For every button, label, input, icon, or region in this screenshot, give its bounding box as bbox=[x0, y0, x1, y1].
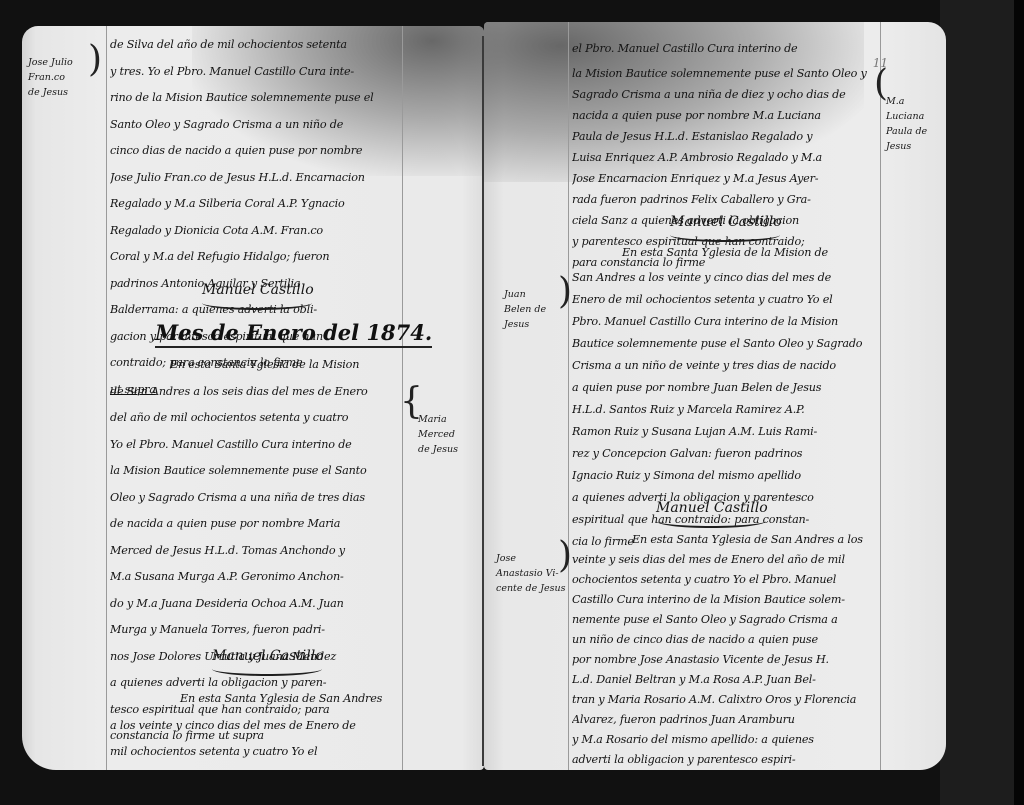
text-line: y M.a Rosario del mismo apellido: a quie… bbox=[572, 730, 878, 750]
text-line: rino de la Mision Bautice solemnemente p… bbox=[110, 85, 402, 112]
brace-icon: { bbox=[400, 380, 423, 424]
margin-note: Jose Anastasio Vi- cente de Jesus ) bbox=[496, 536, 568, 611]
entry-text: En esta Santa Yglesia de San Andres a lo… bbox=[572, 530, 878, 770]
text-line: cinco dias de nacido a quien puse por no… bbox=[110, 138, 402, 165]
brace-icon: ) bbox=[558, 534, 572, 578]
margin-rule bbox=[880, 22, 881, 770]
signature-flourish bbox=[656, 514, 766, 528]
text-line: rada fueron padrinos Felix Caballero y G… bbox=[572, 189, 878, 210]
text-line: Coral y M.a del Refugio Hidalgo; fueron bbox=[110, 244, 402, 271]
text-line: Alvarez, fueron padrinos Juan Aramburu bbox=[572, 710, 878, 730]
text-line: H.L.d. Santos Ruiz y Marcela Ramirez A.P… bbox=[572, 399, 878, 421]
text-line: del año de mil ochocientos setenta y cua… bbox=[110, 405, 402, 432]
scanner-edge bbox=[1014, 0, 1024, 805]
text-line: nemente puse el Santo Oleo y Sagrado Cri… bbox=[572, 610, 878, 630]
text-line: adverti la obligacion y parentesco espir… bbox=[572, 750, 878, 770]
brace-icon: ( bbox=[874, 62, 888, 106]
month-heading: Mes de Enero del 1874. bbox=[155, 320, 432, 348]
margin-note-text: Jose Anastasio Vi- cente de Jesus bbox=[496, 553, 566, 594]
text-line: En esta Santa Yglesia de la Mision de bbox=[572, 240, 878, 267]
text-line: Murga y Manuela Torres, fueron padri- bbox=[110, 617, 402, 644]
signature: Manuel Castillo bbox=[212, 648, 324, 676]
margin-note: Juan Belen de Jesus ) bbox=[504, 272, 566, 347]
signature-text: Manuel Castillo bbox=[212, 648, 324, 664]
text-line: Luisa Enriquez A.P. Ambrosio Regalado y … bbox=[572, 147, 878, 168]
margin-note-text: Jose Julio Fran.co de Jesus bbox=[28, 57, 73, 98]
text-line: Enero de mil ochocientos setenta y cuatr… bbox=[572, 289, 878, 311]
text-line: San Andres a los veinte y cinco dias del… bbox=[572, 267, 878, 289]
text-line: Merced de Jesus H.L.d. Tomas Anchondo y bbox=[110, 538, 402, 565]
text-line: En esta Santa Yglesia de la Mision bbox=[110, 352, 402, 379]
text-line: Bautice solemnemente puse el Santo Oleo … bbox=[572, 333, 878, 355]
text-line: la Mision Bautice solemnemente puse el S… bbox=[572, 63, 878, 84]
text-line: de San Andres a los seis dias del mes de… bbox=[110, 379, 402, 406]
text-line: Jose Encarnacion Enriquez y M.a Jesus Ay… bbox=[572, 168, 878, 189]
text-line: veinte y seis dias del mes de Enero del … bbox=[572, 550, 878, 570]
brace-icon: ) bbox=[88, 38, 102, 82]
text-line: ochocientos setenta y cuatro Yo el Pbro.… bbox=[572, 570, 878, 590]
text-line: a quien puse por nombre Juan Belen de Je… bbox=[572, 377, 878, 399]
text-line: Pbro. Manuel Castillo Cura interino de l… bbox=[572, 311, 878, 333]
margin-note-text: M.a Luciana Paula de Jesus bbox=[882, 94, 944, 154]
text-line: Oleo y Sagrado Crisma a una niña de tres… bbox=[110, 485, 402, 512]
text-line: mil ochocientos setenta y cuatro Yo el bbox=[110, 739, 402, 766]
text-line: la Mision Bautice solemnemente puse el S… bbox=[110, 458, 402, 485]
entry-text: En esta Santa Yglesia de San Andres a lo… bbox=[110, 686, 402, 766]
text-line: M.a Susana Murga A.P. Geronimo Anchon- bbox=[110, 564, 402, 591]
margin-rule bbox=[106, 26, 107, 770]
text-line: L.d. Daniel Beltran y M.a Rosa A.P. Juan… bbox=[572, 670, 878, 690]
text-line: Regalado y Dionicia Cota A.M. Fran.co bbox=[110, 218, 402, 245]
text-line: de Silva del año de mil ochocientos sete… bbox=[110, 32, 402, 59]
text-line: un niño de cinco dias de nacido a quien … bbox=[572, 630, 878, 650]
margin-note-text: Juan Belen de Jesus bbox=[504, 289, 546, 330]
right-page: 11 el Pbro. Manuel Castillo Cura interin… bbox=[484, 22, 946, 770]
text-line: Sagrado Crisma a una niña de diez y ocho… bbox=[572, 84, 878, 105]
text-line: Ramon Ruiz y Susana Lujan A.M. Luis Rami… bbox=[572, 421, 878, 443]
signature-flourish bbox=[212, 662, 322, 676]
signature-text: Manuel Castillo bbox=[656, 500, 768, 516]
text-line: Jose Julio Fran.co de Jesus H.L.d. Encar… bbox=[110, 165, 402, 192]
text-line: En esta Santa Yglesia de San Andres bbox=[110, 686, 402, 713]
text-line: de nacida a quien puse por nombre Maria bbox=[110, 511, 402, 538]
text-line: rez y Concepcion Galvan: fueron padrinos bbox=[572, 443, 878, 465]
signature: Manuel Castillo bbox=[656, 500, 768, 528]
text-line: por nombre Jose Anastasio Vicente de Jes… bbox=[572, 650, 878, 670]
brace-icon: ) bbox=[558, 270, 572, 314]
text-line: Santo Oleo y Sagrado Crisma a un niño de bbox=[110, 112, 402, 139]
signature-text: Manuel Castillo bbox=[670, 214, 782, 230]
text-line: nacida a quien puse por nombre M.a Lucia… bbox=[572, 105, 878, 126]
margin-rule bbox=[568, 22, 569, 770]
text-line: Paula de Jesus H.L.d. Estanislao Regalad… bbox=[572, 126, 878, 147]
signature-flourish bbox=[202, 296, 312, 310]
text-line: Castillo Cura interino de la Mision Baut… bbox=[572, 590, 878, 610]
text-line: Crisma a un niño de veinte y tres dias d… bbox=[572, 355, 878, 377]
text-line: do y M.a Juana Desideria Ochoa A.M. Juan bbox=[110, 591, 402, 618]
margin-note: ( M.a Luciana Paula de Jesus bbox=[882, 64, 944, 169]
text-line: y tres. Yo el Pbro. Manuel Castillo Cura… bbox=[110, 59, 402, 86]
text-line: el Pbro. Manuel Castillo Cura interino d… bbox=[572, 36, 878, 63]
text-line: a los veinte y cinco dias del mes de Ene… bbox=[110, 713, 402, 740]
signature: Manuel Castillo bbox=[670, 214, 782, 242]
left-page: Jose Julio Fran.co de Jesus ) de Silva d… bbox=[22, 26, 484, 770]
scanner-backdrop bbox=[940, 0, 1024, 805]
text-line: Regalado y M.a Silberia Coral A.P. Ygnac… bbox=[110, 191, 402, 218]
margin-note: Jose Julio Fran.co de Jesus ) bbox=[28, 40, 100, 115]
text-line: En esta Santa Yglesia de San Andres a lo… bbox=[572, 530, 878, 550]
text-line: Ignacio Ruiz y Simona del mismo apellido bbox=[572, 465, 878, 487]
signature: Manuel Castillo bbox=[202, 282, 314, 310]
text-line: Yo el Pbro. Manuel Castillo Cura interin… bbox=[110, 432, 402, 459]
signature-text: Manuel Castillo bbox=[202, 282, 314, 298]
text-line: tran y Maria Rosario A.M. Calixtro Oros … bbox=[572, 690, 878, 710]
margin-note: { Maria Merced de Jesus bbox=[406, 382, 480, 472]
